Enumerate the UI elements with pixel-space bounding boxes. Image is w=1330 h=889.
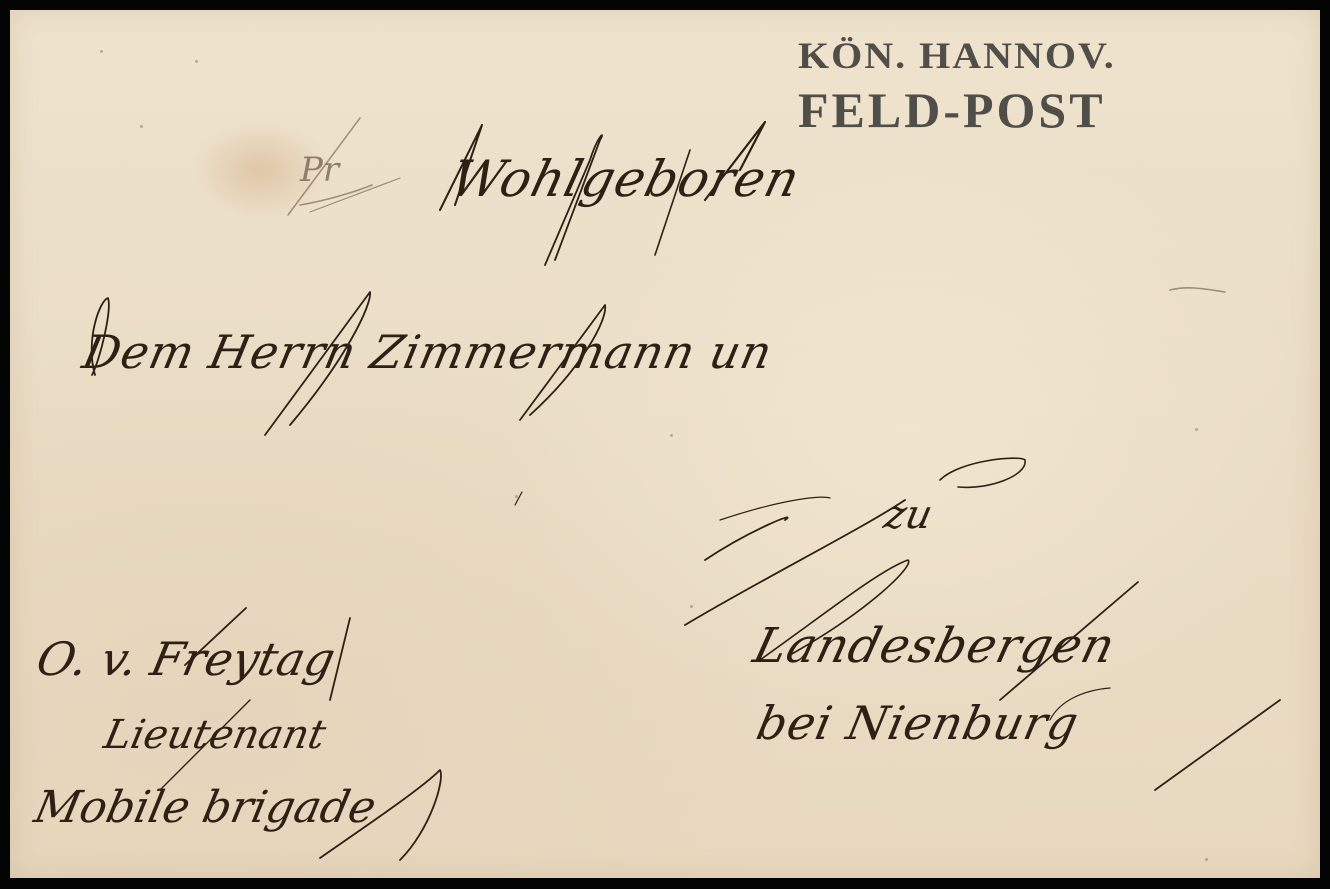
postmark-line-2: FELD-POST (798, 84, 1218, 136)
destination-prefix: zu (880, 492, 937, 538)
paper-speck (1195, 428, 1198, 431)
sender-unit: Mobile brigade (30, 782, 381, 833)
sender-name: O. v. Freytag (32, 632, 340, 686)
salutation: Wohlgeboren (445, 150, 806, 208)
paper-speck (690, 605, 693, 608)
feldpost-postmark: KÖN. HANNOV. FELD-POST (798, 36, 1218, 136)
paper-speck (1205, 858, 1208, 861)
recipient-line: Dem Herrn Zimmermann un (78, 325, 778, 379)
destination-region: bei Nienburg (752, 696, 1084, 750)
destination-town: Landesbergen (748, 618, 1121, 674)
paper-speck (100, 50, 103, 53)
salutation-prefix: Pr (300, 150, 339, 190)
paper-speck (670, 434, 673, 437)
sender-rank: Lieutenant (100, 712, 330, 758)
paper-speck (195, 60, 198, 63)
paper-speck (140, 125, 143, 128)
postmark-line-1: KÖN. HANNOV. (798, 36, 1218, 76)
paper-speck (515, 495, 518, 498)
